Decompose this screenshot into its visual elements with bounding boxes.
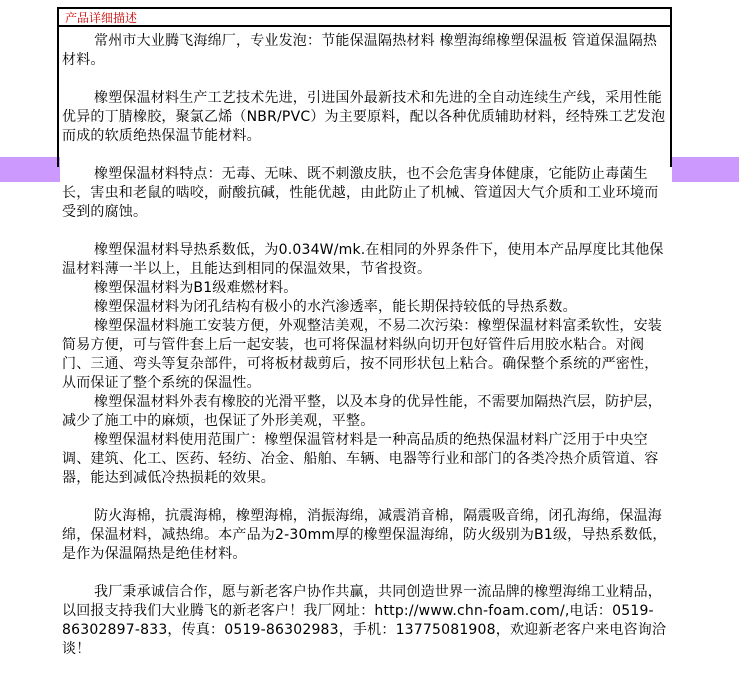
paragraph-closed-cell: 橡塑保温材料为闭孔结构有极小的水汽渗透率，能长期保持较低的导热系数。 (62, 298, 670, 317)
paragraph-product-types: 防火海棉，抗震海棉，橡塑海棉，消振海绵，减震消音棉，隔震吸音绵，闭孔海绵，保温海… (62, 507, 670, 564)
right-accent-bar (672, 157, 739, 182)
section-title: 产品详细描述 (65, 10, 137, 26)
paragraph-features: 橡塑保温材料特点：无毒、无味、既不刺激皮肤，也不会危害身体健康，它能防止毒菌生长… (62, 165, 670, 222)
paragraph-applications: 橡塑保温材料使用范围广：橡塑保温管材料是一种高品质的绝热保温材料广泛用于中央空调… (62, 431, 670, 488)
paragraph-installation: 橡塑保温材料施工安装方便，外观整洁美观，不易二次污染：橡塑保温材料富柔软性，安装… (62, 317, 670, 393)
paragraph-contact: 我厂秉承诚信合作，愿与新老客户协作共赢，共同创造世界一流品牌的橡塑海绵工业精品，… (62, 583, 670, 659)
product-description: 常州市大业腾飞海绵厂，专业发泡：节能保温隔热材料 橡塑海绵橡塑保温板 管道保温隔… (62, 32, 670, 659)
left-accent-bar (0, 157, 60, 182)
paragraph-fire-rating: 橡塑保温材料为B1级难燃材料。 (62, 279, 670, 298)
paragraph-process: 橡塑保温材料生产工艺技术先进，引进国外最新技术和先进的全自动连续生产线，采用性能… (62, 89, 670, 146)
section-header: 产品详细描述 (57, 7, 672, 27)
paragraph-surface: 橡塑保温材料外表有橡胶的光滑平整，以及本身的优异性能，不需要加隔热汽层，防护层，… (62, 393, 670, 431)
paragraph-intro: 常州市大业腾飞海绵厂，专业发泡：节能保温隔热材料 橡塑海绵橡塑保温板 管道保温隔… (62, 32, 670, 70)
paragraph-conductivity: 橡塑保温材料导热系数低，为0.034W/mk.在相同的外界条件下，使用本产品厚度… (62, 241, 670, 279)
